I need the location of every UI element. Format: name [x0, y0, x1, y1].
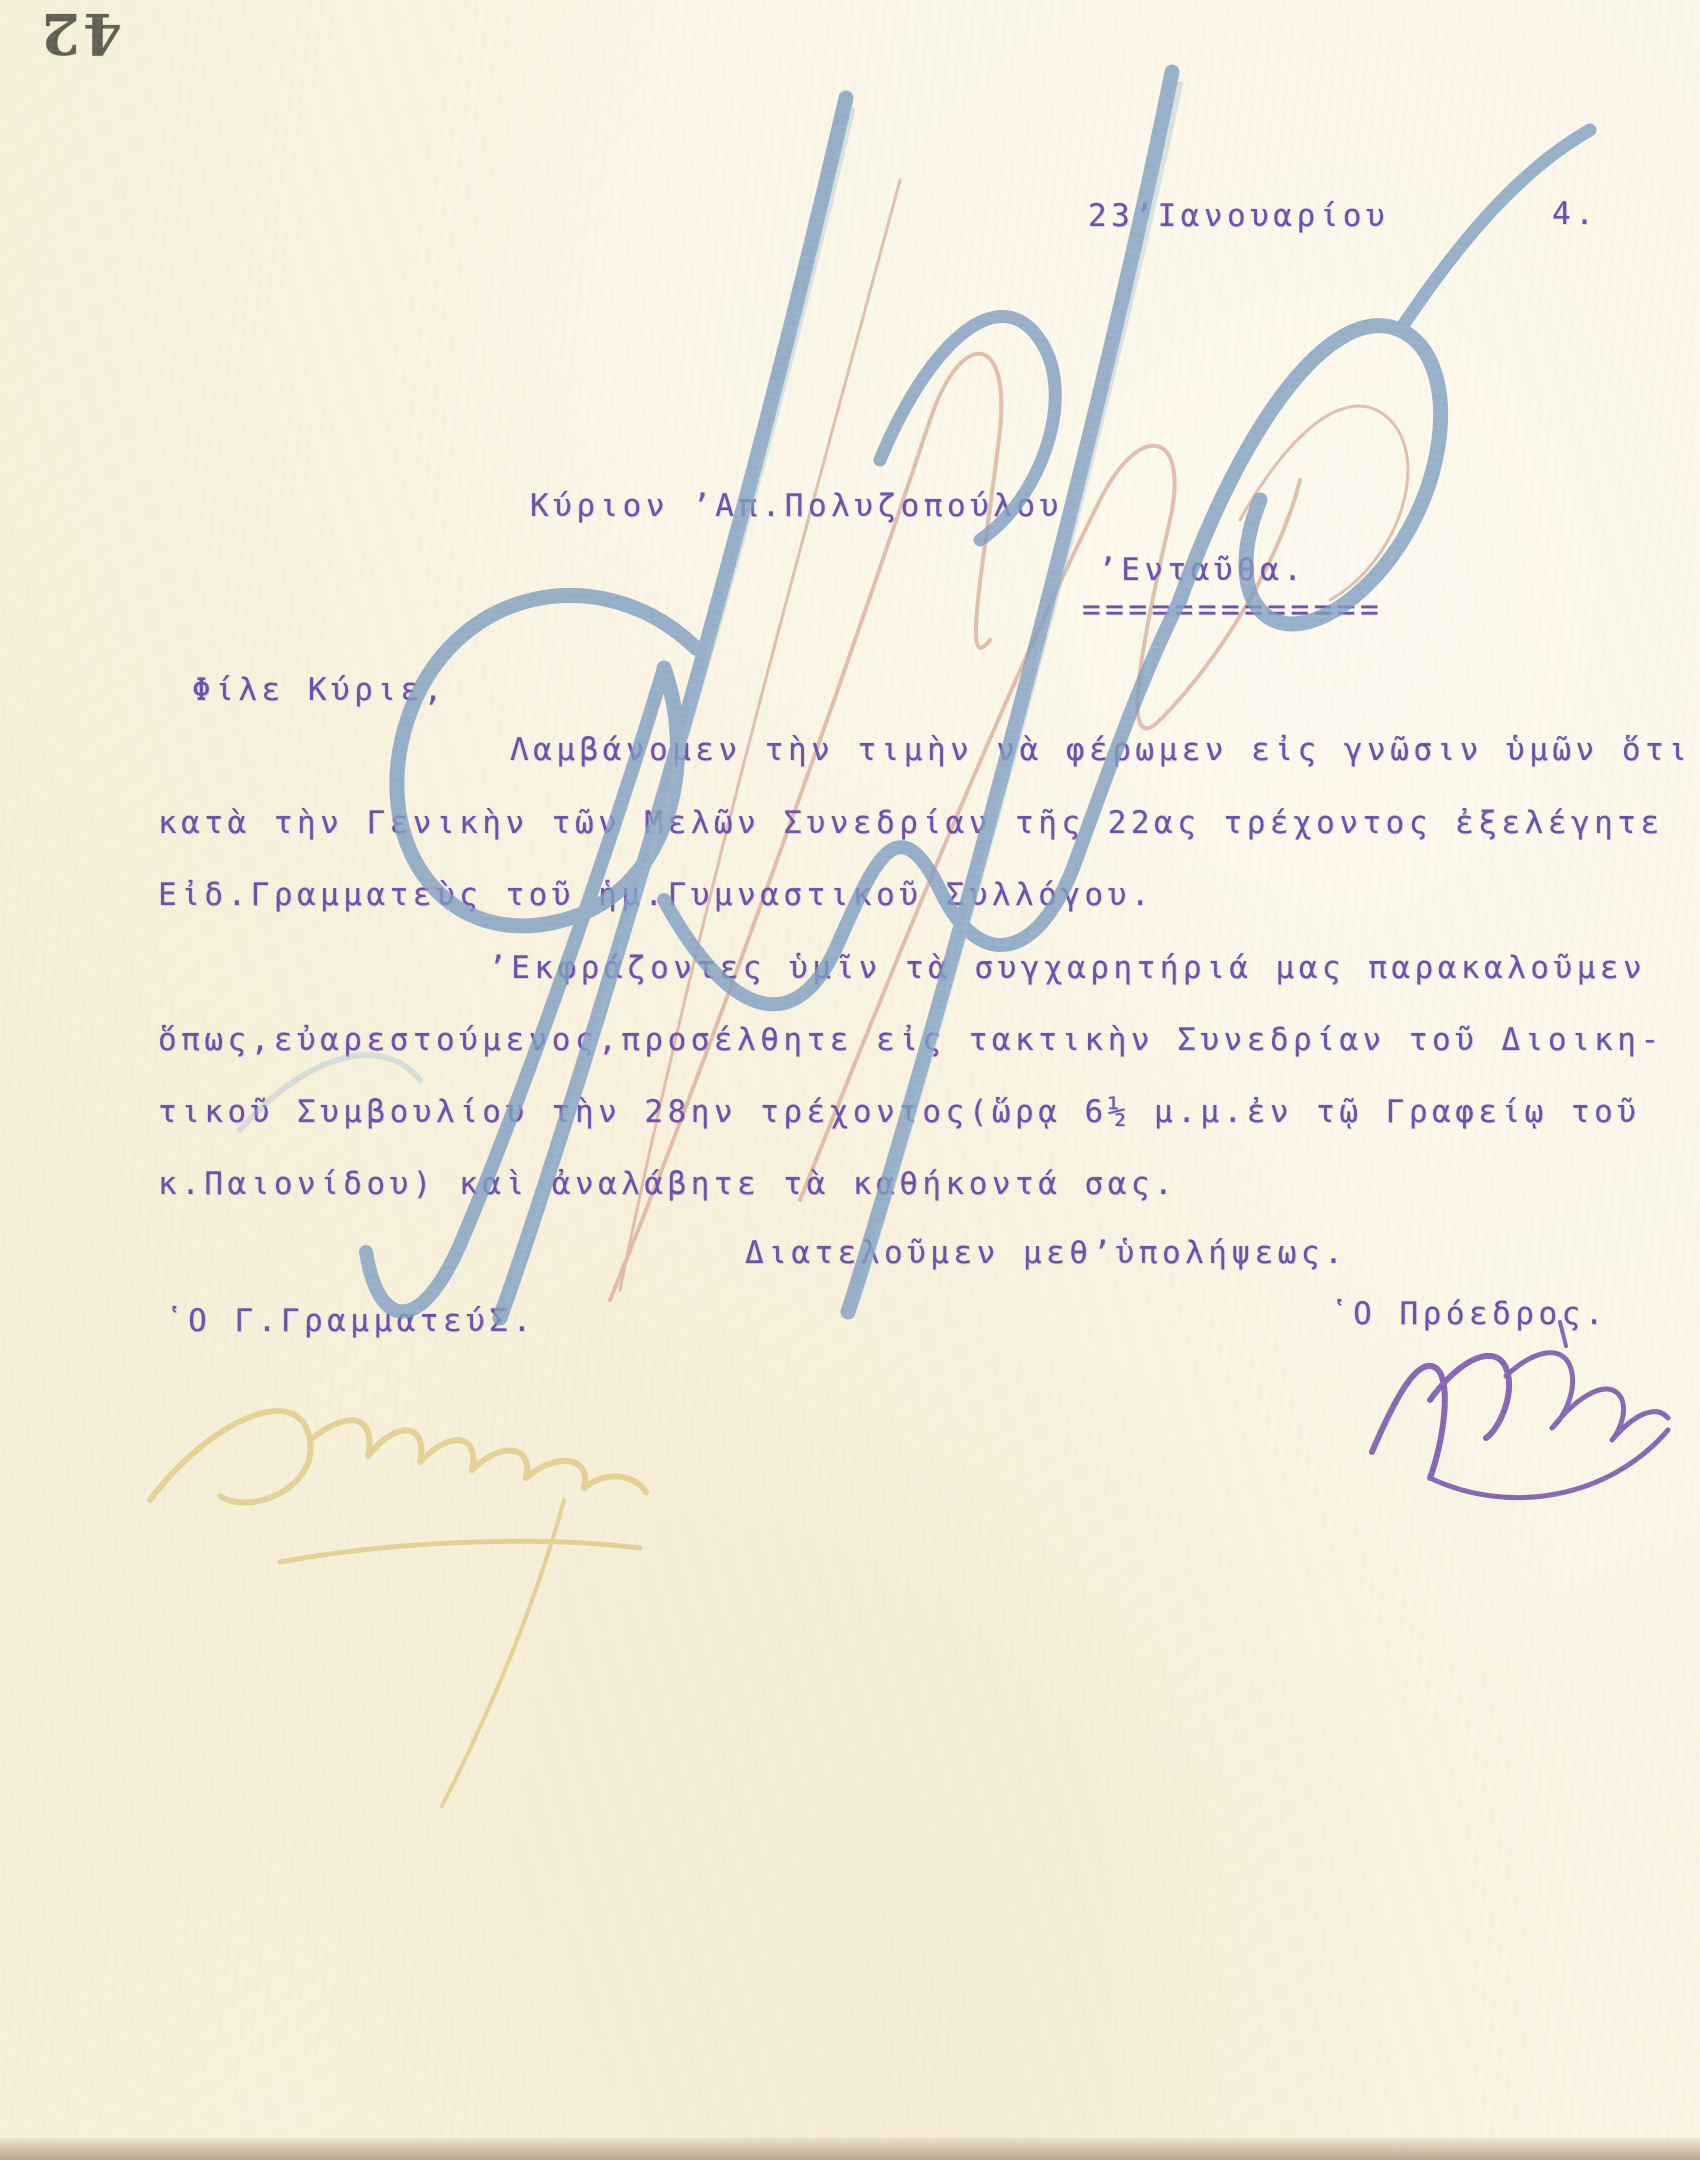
blue-crayon-annotation [0, 0, 1700, 2160]
blue-crayon-strokes [366, 72, 1590, 1318]
archive-number-stamp: 42 [38, 0, 122, 66]
body-line-5: ὅπως,εὐαρεστούμενος,προσέλθητε εἰς τακτι… [158, 1022, 1664, 1058]
secretary-signature [150, 1411, 646, 1806]
date-number: 4. [1552, 196, 1598, 232]
recipient-name: Κύριον ’Απ.Πολυζοπούλου [530, 488, 1063, 524]
date-line: 23’Ιανουαρίου [1088, 198, 1389, 234]
body-line-2: κατὰ τὴν Γενικὴν τῶν Μελῶν Συνεδρίαν τῆς… [158, 805, 1664, 841]
body-line-6: τικοῦ Συμβουλίου τὴν 28ην τρέχοντος(ὥρᾳ … [158, 1094, 1640, 1130]
closing-line: Διατελοῦμεν μεθ’ὑπολήψεως. [745, 1235, 1347, 1271]
secretary-label: ῾Ο Γ.ΓραμματεύΣ. [165, 1303, 536, 1339]
divider-line: ============= [1082, 592, 1383, 628]
body-line-1: Λαμβάνομεν τὴν τιμὴν νὰ φέρωμεν εἰς γνῶσ… [510, 732, 1691, 768]
president-label: ῾Ο Πρόεδρος. [1330, 1296, 1608, 1332]
body-line-4: ’Εκφράζοντες ὑμῖν τὰ συγχαρητήριά μας πα… [488, 950, 1646, 986]
page-bottom-edge [0, 2138, 1700, 2160]
letter-page: 42 23’Ιανουαρίου 4. Κύριον ’Απ.Πολυζοπού… [0, 0, 1700, 2160]
body-line-7: κ.Παιονίδου) καὶ ἀναλάβητε τὰ καθήκοντά … [158, 1166, 1177, 1202]
salutation: Φίλε Κύριε, [192, 672, 447, 708]
recipient-place: ’Ενταῦθα. [1098, 552, 1306, 588]
president-signature [1372, 1322, 1668, 1498]
body-line-3: Εἰδ.Γραμματεὺς τοῦ ἡμ.Γυμναστικοῦ Συλλόγ… [158, 877, 1154, 913]
under-ink-layer [0, 0, 1700, 2160]
